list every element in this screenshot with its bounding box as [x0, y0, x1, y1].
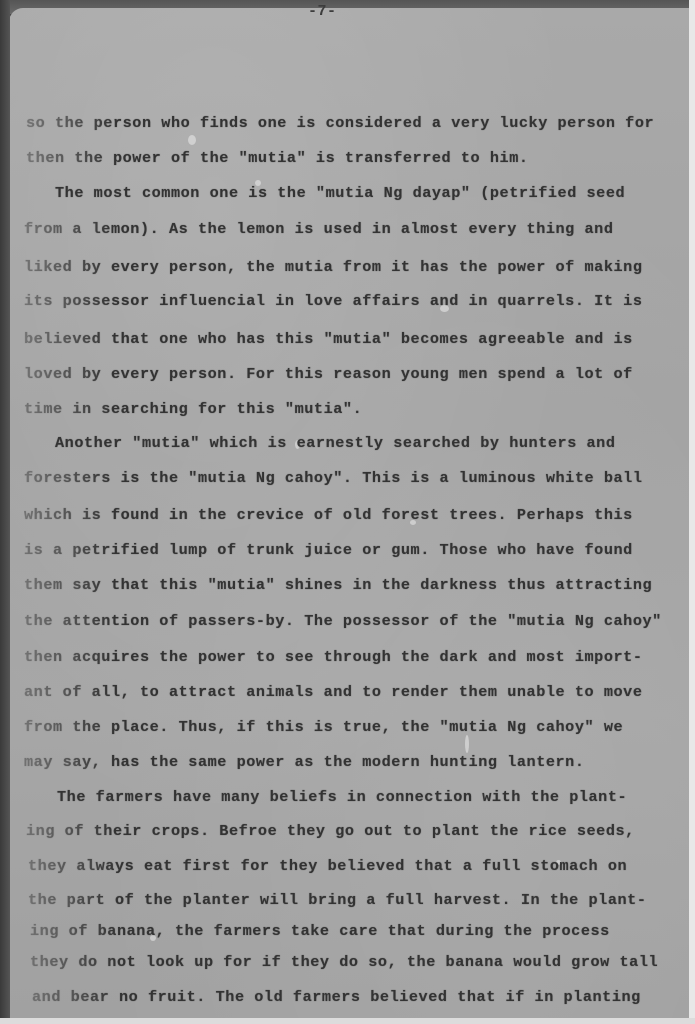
dust-speck: [188, 135, 196, 145]
text-line: them say that this "mutia" shines in the…: [24, 576, 652, 594]
text-line: they do not look up for if they do so, t…: [30, 953, 658, 971]
text-line: ing of their crops. Befroe they go out t…: [26, 822, 635, 840]
text-line: so the person who finds one is considere…: [26, 114, 654, 132]
text-line: from a lemon). As the lemon is used in a…: [24, 220, 614, 238]
text-line: from the place. Thus, if this is true, t…: [24, 718, 623, 736]
paragraph-start-line: The most common one is the "mutia Ng day…: [55, 184, 625, 202]
text-line: which is found in the crevice of old for…: [24, 506, 633, 524]
scanned-page: -7- so the person who finds one is consi…: [0, 0, 695, 1024]
scan-bottom-edge: [0, 1018, 695, 1024]
text-line: they always eat first for they believed …: [28, 857, 627, 875]
paragraph-start-line: Another "mutia" which is earnestly searc…: [55, 434, 616, 452]
dust-speck: [465, 735, 469, 753]
text-line: then acquires the power to see through t…: [24, 648, 643, 666]
text-line: the part of the planter will bring a ful…: [28, 891, 647, 909]
scan-right-edge: [689, 0, 695, 1024]
paragraph-start-line: The farmers have many beliefs in connect…: [57, 788, 627, 806]
text-line: loved by every person. For this reason y…: [24, 365, 633, 383]
text-line: liked by every person, the mutia from it…: [24, 258, 643, 276]
scan-left-edge: [0, 0, 10, 1024]
text-line: its possessor influencial in love affair…: [24, 292, 643, 310]
text-line: ant of all, to attract animals and to re…: [24, 683, 643, 701]
text-line: the attention of passers-by. The possess…: [24, 612, 662, 630]
text-line: then the power of the "mutia" is transfe…: [26, 149, 529, 167]
page-number: -7-: [308, 3, 337, 20]
text-line: and bear no fruit. The old farmers belie…: [32, 988, 641, 1006]
text-line: foresters is the "mutia Ng cahoy". This …: [24, 469, 643, 487]
text-line: believed that one who has this "mutia" b…: [24, 330, 633, 348]
text-line: may say, has the same power as the moder…: [24, 753, 585, 771]
text-line: ing of banana, the farmers take care tha…: [30, 922, 610, 940]
text-line: is a petrified lump of trunk juice or gu…: [24, 541, 633, 559]
text-line: time in searching for this "mutia".: [24, 400, 362, 418]
